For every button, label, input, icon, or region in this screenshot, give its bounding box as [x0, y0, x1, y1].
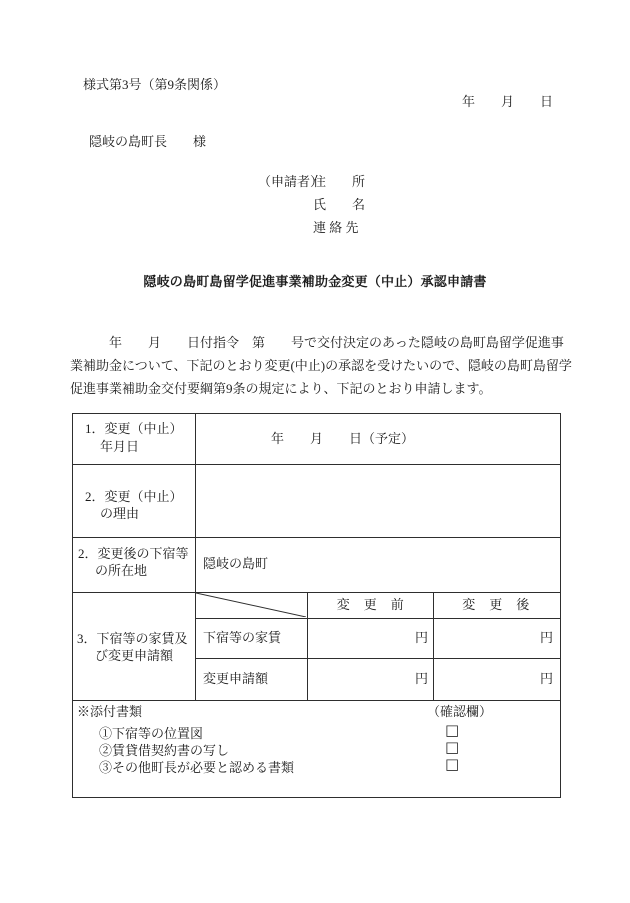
row2-label-line2: の理由 — [100, 506, 139, 522]
applicant-address-label: 住 所 — [313, 174, 365, 190]
row2-label-line1: 2．変更（中止） — [85, 489, 183, 505]
amount-after-unit: 円 — [434, 671, 553, 687]
body-line-2: 業補助金について、下記のとおり変更(中止)の承認を受けたいので、隠岐の島町島留学 — [70, 354, 572, 377]
table-grid-line — [195, 413, 196, 700]
row1-label-line2: 年月日 — [100, 439, 139, 455]
attachment-checkbox[interactable]: □ — [445, 724, 459, 736]
document-title: 隠岐の島町島留学促進事業補助金変更（中止）承認申請書 — [0, 271, 630, 290]
table-grid-line — [195, 618, 560, 619]
form-number: 様式第3号（第9条関係） — [83, 77, 226, 93]
rent-after-unit: 円 — [434, 630, 553, 646]
attachment-item: ②賃貸借契約書の写し □ — [72, 740, 560, 758]
attachment-item-label: ③その他町長が必要と認める書類 — [99, 757, 294, 776]
attachment-checkbox[interactable]: □ — [445, 741, 459, 753]
table-grid-line — [195, 658, 560, 659]
row3-label-line2: の所在地 — [95, 563, 147, 579]
attachment-checkbox[interactable]: □ — [445, 758, 459, 770]
amount-before-unit: 円 — [308, 671, 428, 687]
row4-label-line2: び変更申請額 — [95, 648, 173, 664]
applicant-contact-label: 連 絡 先 — [313, 220, 359, 236]
applicant-name-label: 氏 名 — [313, 197, 365, 213]
column-header-before: 変 更 前 — [308, 597, 433, 613]
location-value: 隠岐の島町 — [203, 556, 268, 572]
application-form-page: 様式第3号（第9条関係） 年 月 日 隠岐の島町長 様 （申請者） 住 所 氏 … — [0, 0, 630, 903]
confirm-column-label: （確認欄） — [427, 704, 492, 720]
table-grid-line — [72, 464, 560, 465]
attachments-heading: ※添付書類 — [77, 704, 142, 720]
row1-label-line1: 1．変更（中止） — [85, 421, 183, 437]
date-line: 年 月 日 — [462, 94, 553, 110]
change-date-field: 年 月 日（予定） — [271, 431, 414, 447]
attachment-item: ③その他町長が必要と認める書類 □ — [72, 757, 560, 775]
addressee-line: 隠岐の島町長 様 — [89, 134, 206, 150]
row4-label-line1: 3．下宿等の家賃及 — [77, 631, 188, 647]
body-line-1: 年 月 日付指令 第 号で交付決定のあった隠岐の島町島留学促進事 — [70, 331, 572, 354]
column-header-after: 変 更 後 — [434, 597, 558, 613]
amount-row-label: 変更申請額 — [203, 671, 268, 687]
rent-before-unit: 円 — [308, 630, 428, 646]
attachment-item: ①下宿等の位置図 □ — [72, 723, 560, 741]
diagonal-strike-icon — [196, 593, 306, 617]
table-grid-line — [72, 537, 560, 538]
table-grid-line — [72, 700, 560, 701]
table-grid-line — [72, 592, 560, 593]
body-paragraph: 年 月 日付指令 第 号で交付決定のあった隠岐の島町島留学促進事 業補助金につい… — [70, 331, 572, 401]
row3-label-line1: 2．変更後の下宿等 — [78, 546, 189, 562]
rent-row-label: 下宿等の家賃 — [203, 630, 281, 646]
body-line-3: 促進事業補助金交付要綱第9条の規定により、下記のとおり申請します。 — [70, 377, 572, 400]
